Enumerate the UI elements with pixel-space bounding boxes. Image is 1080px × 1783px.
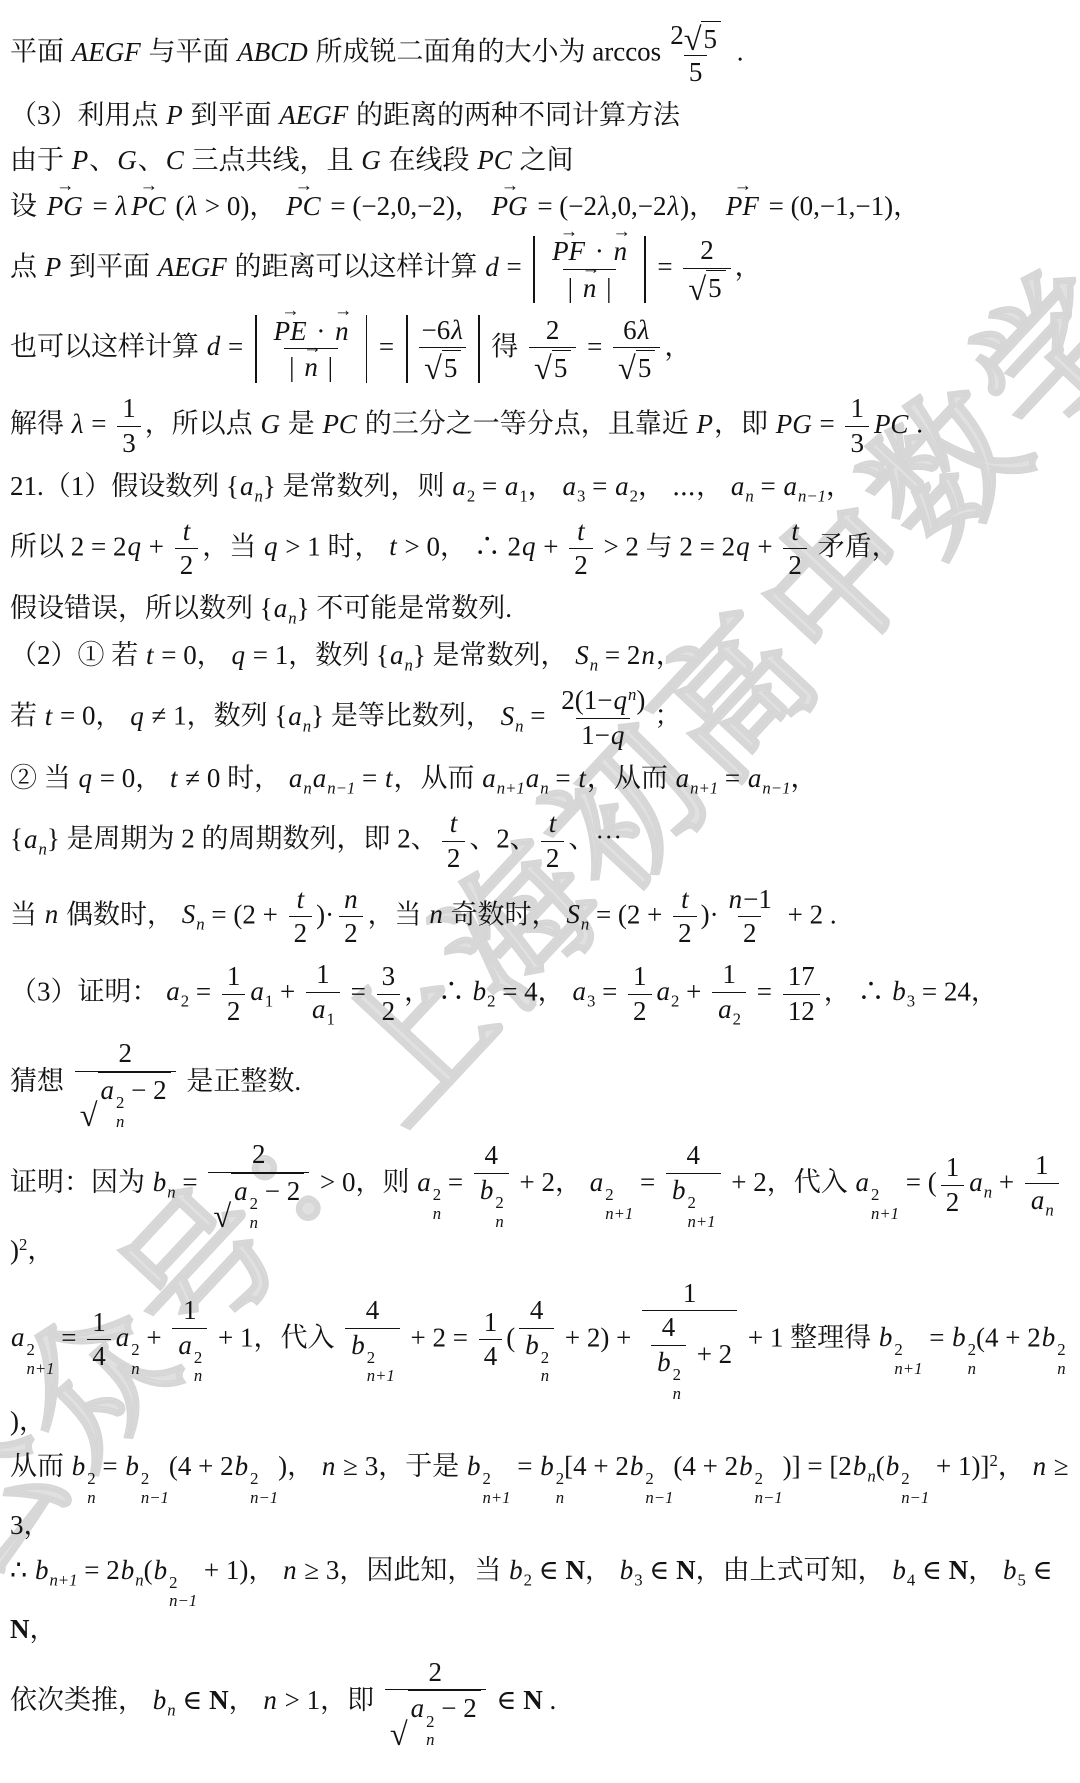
text-run: ，当 xyxy=(202,531,263,561)
text-run: 、⋯ xyxy=(568,824,622,854)
math-sub: an xyxy=(389,640,413,670)
text-run: + xyxy=(751,531,780,561)
math-it: t xyxy=(388,531,398,561)
text-run: 得 xyxy=(485,331,526,361)
text-run: 2 xyxy=(788,550,802,580)
text-run: = (−2,0,−2)， xyxy=(324,191,489,221)
math-rsup: 2 xyxy=(989,1451,997,1470)
math-vec: PC xyxy=(285,186,322,226)
text-line: 从而 b2n = b2n−1(4 + 2b2n−1)， n ≥ 3，于是 b2n… xyxy=(10,1448,1074,1545)
text-run: > 1 时， xyxy=(278,531,388,561)
math-document: 平面 AEGF 与平面 ABCD 所成锐二面角的大小为 arccos2√55 .… xyxy=(0,0,1080,1749)
math-ss: b2n−1 xyxy=(885,1451,930,1481)
text-run: 2 xyxy=(447,843,461,873)
text-run: − 2 xyxy=(435,1693,477,1723)
text-run: 奇数时， xyxy=(444,899,566,929)
text-run: 2 xyxy=(344,918,358,948)
text-run: 证明：因为 xyxy=(10,1167,152,1197)
text-run: = xyxy=(813,409,842,439)
text-line: （3）证明： a2 = 12a1 + 1a1 = 32， ∴ b2 = 4， a… xyxy=(10,958,1074,1030)
math-ss: a2n+1 xyxy=(10,1322,55,1352)
text-run: = 2 xyxy=(77,1555,119,1585)
text-run: −1 xyxy=(743,884,772,914)
math-sub: Sn xyxy=(574,640,598,670)
math-sub: an xyxy=(525,763,549,793)
math-frac: 4b2n+1 xyxy=(345,1294,400,1386)
text-run: + 1 整理得 xyxy=(741,1322,878,1352)
text-run: 猜想 xyxy=(10,1066,71,1096)
text-run: ，即 xyxy=(714,409,775,439)
math-vec: n xyxy=(582,270,598,306)
text-run: 1 xyxy=(722,959,736,989)
math-sqrt: √5 xyxy=(618,350,655,384)
math-it: P xyxy=(71,145,90,175)
text-run: ( xyxy=(169,191,185,221)
text-run: = xyxy=(475,471,504,501)
math-sub: Sn xyxy=(500,701,524,731)
text-run: > 1，即 xyxy=(278,1685,381,1715)
text-run: 2 xyxy=(252,1139,266,1169)
math-frac: PE · n| n | xyxy=(266,313,357,386)
text-run: 假设错误，所以数列 { xyxy=(10,593,273,623)
text-line: 点 P 到平面 AEGF 的距离可以这样计算 d = PF · n| n | =… xyxy=(10,233,1074,306)
math-it: q xyxy=(126,531,142,561)
text-run: = (−2 xyxy=(531,191,597,221)
math-it: PC xyxy=(873,409,910,439)
text-run: 4 xyxy=(686,1140,700,1170)
text-run: ( xyxy=(876,1451,885,1481)
math-frac: n2 xyxy=(338,883,364,952)
math-sub: a1 xyxy=(311,994,335,1024)
math-it: P xyxy=(695,409,714,439)
math-frac: t2 xyxy=(783,515,807,584)
text-run: ) xyxy=(636,685,645,715)
text-line: 21.（1）假设数列 {an} 是常数列，则 a2 = a1， a3 = a2，… xyxy=(10,468,1074,508)
math-bar xyxy=(644,236,646,304)
text-run: ≥ 3，于是 xyxy=(336,1451,466,1481)
math-it: t xyxy=(449,808,459,838)
text-run: ， ∴ xyxy=(404,976,472,1006)
math-it: q xyxy=(610,720,626,750)
math-bar xyxy=(406,315,408,383)
math-frac: 2√55 xyxy=(665,19,726,90)
math-ss: b2n+1 xyxy=(350,1330,395,1360)
text-run: ≥ 3，因此知，当 xyxy=(298,1555,509,1585)
text-run: + 1，代入 xyxy=(211,1322,341,1352)
text-run: = xyxy=(549,763,578,793)
text-run: 之间 xyxy=(513,145,574,175)
text-run: = xyxy=(221,331,250,361)
text-run: )， xyxy=(278,1451,321,1481)
math-vec: PG xyxy=(46,186,84,226)
math-it: t xyxy=(169,763,179,793)
text-run: = (2 + xyxy=(205,899,285,929)
math-sub: bn xyxy=(152,1167,176,1197)
text-run: 当 xyxy=(10,899,44,929)
text-run: + 2 xyxy=(690,1340,732,1370)
text-line: 也可以这样计算 d = PE · n| n | = −6λ√5 得 2√5 = … xyxy=(10,313,1074,386)
math-sub: b3 xyxy=(891,976,915,1006)
text-run: = xyxy=(754,471,783,501)
math-frac: 4b2n xyxy=(519,1294,554,1386)
text-run: ， xyxy=(30,1614,57,1644)
math-frac: t2 xyxy=(442,807,466,876)
math-it: q xyxy=(263,531,279,561)
text-run: ≠ 1，数列 { xyxy=(145,701,288,731)
math-vec: PC xyxy=(130,186,167,226)
text-run: = xyxy=(718,763,747,793)
text-run: = 0， xyxy=(155,640,231,670)
text-run: } 是常数列，则 xyxy=(263,471,451,501)
text-run: = 1，数列 { xyxy=(246,640,389,670)
text-run: ∈ xyxy=(915,1555,949,1585)
math-bar xyxy=(478,315,480,383)
text-run: 2 xyxy=(700,235,714,265)
text-run: + 2 = xyxy=(404,1322,475,1352)
text-run: + xyxy=(536,531,565,561)
text-run: （3）利用点 xyxy=(10,100,165,130)
math-it: t xyxy=(44,701,54,731)
text-line: （2）① 若 t = 0， q = 1，数列 {an} 是常数列， Sn = 2… xyxy=(10,637,1074,677)
text-line: ② 当 q = 0， t ≠ 0 时， anan−1 = t，从而 an+1an… xyxy=(10,760,1074,800)
math-frac: 1a2 xyxy=(712,958,746,1030)
text-run: = xyxy=(750,976,779,1006)
math-it: λ xyxy=(184,191,198,221)
text-line: 解得 λ = 13，所以点 G 是 PC 的三分之一等分点，且靠近 P，即 PG… xyxy=(10,392,1074,461)
text-run: 3 xyxy=(122,428,136,458)
math-vec: PF xyxy=(725,186,760,226)
document-lines: 平面 AEGF 与平面 ABCD 所成锐二面角的大小为 arccos2√55 .… xyxy=(10,19,1074,1749)
math-frac: 12 xyxy=(628,960,652,1029)
text-line: 平面 AEGF 与平面 ABCD 所成锐二面角的大小为 arccos2√55 . xyxy=(10,19,1074,90)
text-run: ( xyxy=(506,1322,515,1352)
text-run: 若 xyxy=(10,701,44,731)
math-it: t xyxy=(548,808,558,838)
math-ss: b2n xyxy=(479,1175,504,1205)
math-sub: b5 xyxy=(1002,1555,1026,1585)
text-run: 1 xyxy=(316,959,330,989)
text-run: ∈ xyxy=(1026,1555,1060,1585)
text-run: 2 xyxy=(180,550,194,580)
text-run: + xyxy=(992,1167,1021,1197)
text-run: (4 + 2 xyxy=(976,1322,1041,1352)
text-run: 2 xyxy=(743,918,757,948)
math-sqrt: √a2n − 2 xyxy=(80,1072,171,1131)
math-frac: 2√a2n − 2 xyxy=(208,1138,309,1232)
text-run: = xyxy=(500,252,529,282)
math-it: n xyxy=(262,1685,278,1715)
text-run: （3）证明： xyxy=(10,976,165,1006)
math-sub: a2 xyxy=(656,976,680,1006)
math-frac: t2 xyxy=(175,515,199,584)
math-frac: 4b2n xyxy=(651,1311,686,1403)
text-line: 设 PG = λPC (λ > 0)， PC = (−2,0,−2)， PG =… xyxy=(10,186,1074,226)
text-run: ，从而 xyxy=(393,763,481,793)
math-bf: N xyxy=(566,1555,586,1585)
math-ss: b2n+1 xyxy=(671,1175,716,1205)
text-run: 从而 xyxy=(10,1451,71,1481)
text-run: | xyxy=(599,273,611,303)
text-run: 、 xyxy=(138,145,165,175)
text-run: ∈ xyxy=(176,1685,210,1715)
math-sub: an xyxy=(23,824,47,854)
math-ss: b2n xyxy=(951,1322,976,1352)
math-vec: PE xyxy=(273,313,308,349)
math-frac: 2√5 xyxy=(529,314,576,385)
text-line: 证明：因为 bn = 2√a2n − 2 > 0，则 a2n = 4b2n + … xyxy=(10,1138,1074,1270)
math-it: G xyxy=(116,145,138,175)
math-it: C xyxy=(165,145,185,175)
math-ss: b2n xyxy=(524,1330,549,1360)
text-run: 平面 xyxy=(10,37,71,67)
text-run: 6 xyxy=(623,315,637,345)
math-sub: an+1 xyxy=(481,763,525,793)
math-it: d xyxy=(484,252,500,282)
text-run: | xyxy=(289,352,301,382)
text-run: ∈ xyxy=(490,1685,524,1715)
text-run: ,0,−2 xyxy=(611,191,667,221)
math-it: G xyxy=(259,409,281,439)
text-run: ， ∴ xyxy=(824,976,892,1006)
text-run: ② 当 xyxy=(10,763,78,793)
text-run: ， xyxy=(968,1555,1002,1585)
math-it: n xyxy=(321,1451,337,1481)
text-run: 5 xyxy=(554,353,568,383)
math-it: d xyxy=(206,331,222,361)
math-ss: b2n−1 xyxy=(234,1451,279,1481)
math-sub: an xyxy=(288,763,312,793)
text-run: > 0， ∴ 2 xyxy=(398,531,521,561)
math-it: n xyxy=(343,884,359,914)
math-it: t xyxy=(576,516,586,546)
math-ss: b2n+1 xyxy=(466,1451,511,1481)
text-line: 假设错误，所以数列 {an} 不可能是常数列. xyxy=(10,590,1074,630)
math-sub: an xyxy=(968,1167,992,1197)
text-run: 2 xyxy=(678,918,692,948)
text-run: 、 xyxy=(89,145,116,175)
math-frac: 6λ√5 xyxy=(613,314,660,385)
math-frac: PF · n| n | xyxy=(544,233,635,306)
text-run: 4 xyxy=(662,1312,676,1342)
text-run: ， xyxy=(998,1451,1032,1481)
math-bar xyxy=(255,315,257,383)
text-run: ， xyxy=(27,1235,54,1265)
math-frac: 12 xyxy=(941,1151,965,1220)
text-line: 若 t = 0， q ≠ 1，数列 {an} 是等比数列， Sn = 2(1−q… xyxy=(10,684,1074,753)
text-run: } 是周期为 2 的周期数列，即 2、 xyxy=(47,824,438,854)
math-vec: n xyxy=(334,313,350,349)
text-run: 点 xyxy=(10,252,44,282)
text-run: 5 xyxy=(444,353,458,383)
math-sub: b2 xyxy=(472,976,496,1006)
math-frac: 2√5 xyxy=(683,234,730,305)
text-run: + xyxy=(273,976,302,1006)
text-run: 的距离的两种不同计算方法 xyxy=(349,100,680,130)
text-run: −6 xyxy=(422,315,451,345)
text-run: + 2， xyxy=(513,1167,589,1197)
text-run: } 是常数列， xyxy=(413,640,574,670)
text-run: + 1)] xyxy=(929,1451,989,1481)
math-vec: PG xyxy=(491,186,529,226)
math-frac: −6λ√5 xyxy=(417,314,469,385)
math-frac: t2 xyxy=(289,883,313,952)
math-it: AEGF xyxy=(278,100,349,130)
math-it: λ xyxy=(666,191,680,221)
text-run: 偶数时， xyxy=(59,899,181,929)
text-line: {an} 是周期为 2 的周期数列，即 2、t2、2、t2、⋯ xyxy=(10,807,1074,876)
math-ss: a2n+1 xyxy=(589,1167,634,1197)
math-ss: a2n xyxy=(100,1075,125,1105)
text-run: + 1)， xyxy=(197,1555,282,1585)
math-it: ABCD xyxy=(236,37,309,67)
math-bf: N xyxy=(949,1555,969,1585)
text-run: = xyxy=(580,331,609,361)
math-it: PC xyxy=(476,145,513,175)
math-it: n xyxy=(640,640,656,670)
text-run: 、2、 xyxy=(469,824,537,854)
math-ss: b2n−1 xyxy=(738,1451,783,1481)
text-run: − 2 xyxy=(258,1176,300,1206)
math-it: n xyxy=(428,899,444,929)
text-run: 矛盾， xyxy=(811,531,899,561)
text-run: > 0)， xyxy=(198,191,283,221)
text-run: 2 xyxy=(118,1038,132,1068)
math-sqrt: √a2n − 2 xyxy=(213,1173,304,1232)
math-it: λ xyxy=(597,191,611,221)
text-run: 1 xyxy=(484,1307,498,1337)
text-run: ，由上式可知， xyxy=(696,1555,892,1585)
math-sub: an xyxy=(287,701,311,731)
math-ss: b2n−1 xyxy=(124,1451,169,1481)
math-it: t xyxy=(296,884,306,914)
text-run: 3 xyxy=(382,961,396,991)
text-run: + 2 . xyxy=(781,899,837,929)
text-run: 2 xyxy=(429,1657,443,1687)
math-ss: a2n xyxy=(177,1330,202,1360)
math-it: q xyxy=(78,763,94,793)
text-run: = xyxy=(585,471,614,501)
text-run: 与平面 xyxy=(142,37,237,67)
math-sub: Sn xyxy=(181,899,205,929)
text-run: ， xyxy=(664,331,691,361)
text-run: ，当 xyxy=(368,899,429,929)
math-ss: b2n xyxy=(1041,1322,1066,1352)
text-line: 依次类推， bn ∈ N， n > 1，即 2√a2n − 2 ∈ N . xyxy=(10,1656,1074,1750)
math-vec: PF xyxy=(551,233,586,269)
math-it: λ xyxy=(114,191,128,221)
math-it: AEGF xyxy=(71,37,142,67)
math-bf: N xyxy=(209,1685,229,1715)
math-sub: a2 xyxy=(717,994,741,1024)
math-it: q xyxy=(735,531,751,561)
math-sub: an xyxy=(239,471,263,501)
math-it: t xyxy=(145,640,155,670)
text-run: = xyxy=(189,976,218,1006)
math-sub: bn+1 xyxy=(34,1555,78,1585)
text-run: = 2 xyxy=(598,640,640,670)
text-run: ，从而 xyxy=(587,763,675,793)
math-sub: Sn xyxy=(565,899,589,929)
text-run: + xyxy=(679,976,708,1006)
text-run: 17 xyxy=(788,961,815,991)
text-line: 由于 P、G、C 三点共线，且 G 在线段 PC 之间 xyxy=(10,142,1074,180)
text-run: 1 xyxy=(946,1152,960,1182)
math-ss: a2n xyxy=(410,1693,435,1723)
text-run: 的距离可以这样计算 xyxy=(228,252,485,282)
text-line: 猜想 2√a2n − 2 是正整数. xyxy=(10,1037,1074,1131)
text-run: (4 + 2 xyxy=(673,1451,738,1481)
math-it: n xyxy=(1032,1451,1048,1481)
math-frac: 1an xyxy=(1025,1149,1059,1221)
text-run: 1− xyxy=(581,720,610,750)
text-run: 的三分之一等分点，且靠近 xyxy=(358,409,696,439)
math-frac: 1712 xyxy=(783,960,820,1029)
math-ss: b2n xyxy=(656,1347,681,1377)
math-frac: 14 xyxy=(479,1306,503,1375)
text-run: （2）① 若 xyxy=(10,640,145,670)
math-ss: b2n xyxy=(71,1451,96,1481)
text-run: 21.（1）假设数列 { xyxy=(10,471,239,501)
math-sqrt: √5 xyxy=(424,350,461,384)
text-run: = xyxy=(922,1322,951,1352)
text-run: 1 xyxy=(683,1278,697,1308)
text-run: ， xyxy=(790,763,817,793)
text-run: = xyxy=(441,1167,470,1197)
math-sub: bn xyxy=(152,1685,176,1715)
math-sqrt: √a2n − 2 xyxy=(390,1690,481,1749)
text-run: ， xyxy=(735,252,762,282)
text-run: 2(1− xyxy=(561,685,612,715)
text-run: = xyxy=(344,976,373,1006)
math-it: n xyxy=(44,899,60,929)
math-frac: 1a2n xyxy=(172,1294,207,1386)
math-sub: a3 xyxy=(571,976,595,1006)
math-frac: 2√a2n − 2 xyxy=(75,1037,176,1131)
text-run: ， xyxy=(229,1685,263,1715)
math-sub: a1 xyxy=(249,976,273,1006)
text-run: = xyxy=(176,1167,205,1197)
math-ss: a2n xyxy=(115,1322,140,1352)
math-frac: 2√a2n − 2 xyxy=(385,1656,486,1750)
math-sub: an−1 xyxy=(782,471,826,501)
text-run: ∴ xyxy=(10,1555,34,1585)
text-run: 到平面 xyxy=(184,100,279,130)
text-run: 1 xyxy=(92,1307,106,1337)
text-run: = xyxy=(595,976,624,1006)
text-run: 1 xyxy=(227,961,241,991)
text-run: = xyxy=(84,409,113,439)
math-ss: a2n xyxy=(416,1167,441,1197)
text-run: )· xyxy=(316,899,334,929)
text-run: . xyxy=(730,37,744,67)
text-run: = xyxy=(511,1451,540,1481)
math-sub: a2 xyxy=(165,976,189,1006)
math-sub: b2 xyxy=(508,1555,532,1585)
math-sub: an xyxy=(273,593,297,623)
math-ss: a2n+1 xyxy=(854,1167,899,1197)
math-it: q xyxy=(612,685,628,715)
math-vec: n xyxy=(303,349,319,385)
math-sub: a2 xyxy=(451,471,475,501)
text-run: ∈ xyxy=(643,1555,677,1585)
math-frac: 12 xyxy=(222,960,246,1029)
text-run: 解得 xyxy=(10,409,71,439)
text-line: （3）利用点 P 到平面 AEGF 的距离的两种不同计算方法 xyxy=(10,97,1074,135)
math-vec: n xyxy=(613,233,629,269)
math-ss: b2n−1 xyxy=(629,1451,674,1481)
math-sqrt: √5 xyxy=(688,270,725,304)
text-run: > 2 与 2 = 2 xyxy=(597,531,735,561)
